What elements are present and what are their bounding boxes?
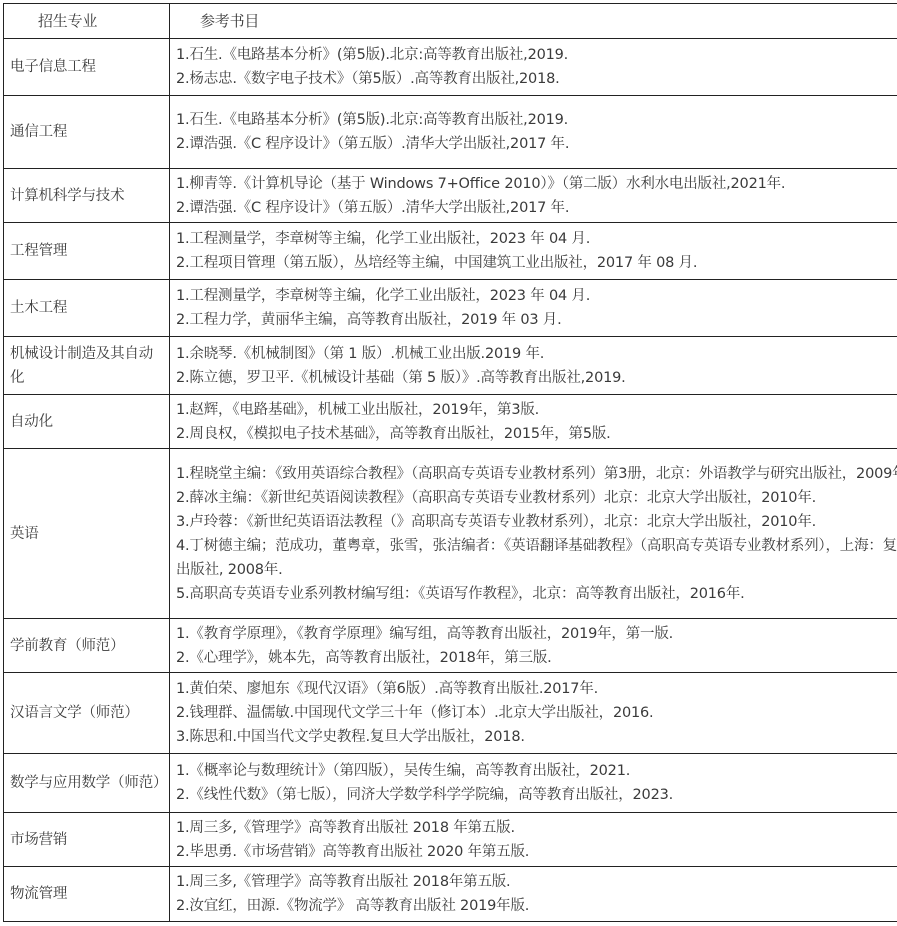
books-cell: 1.工程测量学，李章树等主编，化学工业出版社，2023 年 04 月.2.工程项… xyxy=(170,223,897,280)
header-books: 参考书目 xyxy=(170,4,897,39)
book-entry: 1.工程测量学，李章树等主编，化学工业出版社，2023 年 04 月. xyxy=(176,284,897,308)
major-cell: 英语 xyxy=(4,449,170,619)
book-entry: 2.谭浩强.《C 程序设计》（第五版）.清华大学出版社,2017 年. xyxy=(176,196,897,220)
major-cell: 机械设计制造及其自动化 xyxy=(4,337,170,395)
reference-books-table: 招生专业 参考书目 电子信息工程1.石生.《电路基本分析》(第5版).北京:高等… xyxy=(3,3,897,922)
book-entry: 5.高职高专英语专业系列教材编写组：《英语写作教程》，北京：高等教育出版社，20… xyxy=(176,582,897,606)
books-cell: 1.周三多,《管理学》高等教育出版社 2018 年第五版.2.毕思勇.《市场营销… xyxy=(170,813,897,867)
book-entry: 1.黄伯荣、廖旭东《现代汉语》（第6版）.高等教育出版社.2017年. xyxy=(176,677,897,701)
book-entry: 1.《概率论与数理统计》（第四版），吴传生编，高等教育出版社，2021. xyxy=(176,759,897,783)
major-cell: 市场营销 xyxy=(4,813,170,867)
books-cell: 1.赵辉，《电路基础》，机械工业出版社，2019年，第3版.2.周良权，《模拟电… xyxy=(170,395,897,449)
book-entry: 1.程晓堂主编：《致用英语综合教程》（高职高专英语专业教材系列）第3册，北京：外… xyxy=(176,462,897,486)
major-cell: 自动化 xyxy=(4,395,170,449)
table-row: 工程管理1.工程测量学，李章树等主编，化学工业出版社，2023 年 04 月.2… xyxy=(4,223,897,280)
major-cell: 计算机科学与技术 xyxy=(4,169,170,223)
book-entry: 2.《心理学》，姚本先，高等教育出版社，2018年，第三版. xyxy=(176,646,897,670)
major-cell: 数学与应用数学（师范） xyxy=(4,754,170,813)
book-entry: 2.杨志忠.《数字电子技术》（第5版）.高等教育出版社,2018. xyxy=(176,67,897,91)
major-cell: 学前教育（师范） xyxy=(4,619,170,673)
book-entry: 2.陈立德，罗卫平.《机械设计基础（第 5 版）》.高等教育出版社,2019. xyxy=(176,366,897,390)
book-entry: 1.赵辉，《电路基础》，机械工业出版社，2019年，第3版. xyxy=(176,398,897,422)
major-cell: 电子信息工程 xyxy=(4,39,170,96)
table-row: 土木工程1.工程测量学，李章树等主编，化学工业出版社，2023 年 04 月.2… xyxy=(4,280,897,337)
table-row: 学前教育（师范）1.《教育学原理》，《教育学原理》编写组，高等教育出版社，201… xyxy=(4,619,897,673)
book-entry: 2.工程力学，黄丽华主编，高等教育出版社，2019 年 03 月. xyxy=(176,308,897,332)
book-entry: 1.石生.《电路基本分析》(第5版).北京:高等教育出版社,2019. xyxy=(176,43,897,67)
book-entry: 1.《教育学原理》，《教育学原理》编写组，高等教育出版社，2019年，第一版. xyxy=(176,622,897,646)
books-cell: 1.《教育学原理》，《教育学原理》编写组，高等教育出版社，2019年，第一版.2… xyxy=(170,619,897,673)
books-cell: 1.工程测量学，李章树等主编，化学工业出版社，2023 年 04 月.2.工程力… xyxy=(170,280,897,337)
book-entry: 2.工程项目管理（第五版），丛培经等主编，中国建筑工业出版社，2017 年 08… xyxy=(176,251,897,275)
books-cell: 1.石生.《电路基本分析》(第5版).北京:高等教育出版社,2019.2.杨志忠… xyxy=(170,39,897,96)
book-entry: 1.工程测量学，李章树等主编，化学工业出版社，2023 年 04 月. xyxy=(176,227,897,251)
major-cell: 工程管理 xyxy=(4,223,170,280)
book-entry: 1.余晓琴.《机械制图》（第 1 版）.机械工业出版.2019 年. xyxy=(176,342,897,366)
table-row: 物流管理1.周三多,《管理学》高等教育出版社 2018年第五版.2.汝宜红，田源… xyxy=(4,867,897,922)
book-entry: 4.丁树德主编；范成功，董粤章，张雪，张洁编者：《英语翻译基础教程》（高职高专英… xyxy=(176,534,897,582)
book-entry: 3.陈思和.中国当代文学史教程.复旦大学出版社，2018. xyxy=(176,725,897,749)
book-entry: 2.钱理群、温儒敏.中国现代文学三十年（修订本）.北京大学出版社，2016. xyxy=(176,701,897,725)
book-entry: 2.毕思勇.《市场营销》高等教育出版社 2020 年第五版. xyxy=(176,840,897,864)
book-entry: 3.卢玲蓉：《新世纪英语语法教程（》高职高专英语专业教材系列），北京：北京大学出… xyxy=(176,510,897,534)
major-cell: 土木工程 xyxy=(4,280,170,337)
table-row: 英语1.程晓堂主编：《致用英语综合教程》（高职高专英语专业教材系列）第3册，北京… xyxy=(4,449,897,619)
table-row: 机械设计制造及其自动化1.余晓琴.《机械制图》（第 1 版）.机械工业出版.20… xyxy=(4,337,897,395)
books-cell: 1.黄伯荣、廖旭东《现代汉语》（第6版）.高等教育出版社.2017年.2.钱理群… xyxy=(170,673,897,754)
table-row: 汉语言文学（师范）1.黄伯荣、廖旭东《现代汉语》（第6版）.高等教育出版社.20… xyxy=(4,673,897,754)
book-entry: 2.薛冰主编：《新世纪英语阅读教程》（高职高专英语专业教材系列）北京：北京大学出… xyxy=(176,486,897,510)
table-row: 市场营销1.周三多,《管理学》高等教育出版社 2018 年第五版.2.毕思勇.《… xyxy=(4,813,897,867)
major-cell: 汉语言文学（师范） xyxy=(4,673,170,754)
book-entry: 2.《线性代数》（第七版），同济大学数学科学学院编，高等教育出版社，2023. xyxy=(176,783,897,807)
major-cell: 物流管理 xyxy=(4,867,170,922)
book-entry: 1.周三多,《管理学》高等教育出版社 2018年第五版. xyxy=(176,870,897,894)
table-row: 自动化1.赵辉，《电路基础》，机械工业出版社，2019年，第3版.2.周良权，《… xyxy=(4,395,897,449)
book-entry: 2.周良权，《模拟电子技术基础》，高等教育出版社，2015年，第5版. xyxy=(176,422,897,446)
book-entry: 1.柳青等.《计算机导论（基于 Windows 7+Office 2010）》（… xyxy=(176,172,897,196)
table-row: 数学与应用数学（师范）1.《概率论与数理统计》（第四版），吴传生编，高等教育出版… xyxy=(4,754,897,813)
book-entry: 1.石生.《电路基本分析》(第5版).北京:高等教育出版社,2019. xyxy=(176,108,897,132)
header-major: 招生专业 xyxy=(4,4,170,39)
book-entry: 1.周三多,《管理学》高等教育出版社 2018 年第五版. xyxy=(176,816,897,840)
books-cell: 1.柳青等.《计算机导论（基于 Windows 7+Office 2010）》（… xyxy=(170,169,897,223)
table-row: 通信工程1.石生.《电路基本分析》(第5版).北京:高等教育出版社,2019.2… xyxy=(4,96,897,169)
books-cell: 1.石生.《电路基本分析》(第5版).北京:高等教育出版社,2019.2.谭浩强… xyxy=(170,96,897,169)
book-entry: 2.汝宜红，田源.《物流学》 高等教育出版社 2019年版. xyxy=(176,894,897,918)
books-cell: 1.周三多,《管理学》高等教育出版社 2018年第五版.2.汝宜红，田源.《物流… xyxy=(170,867,897,922)
book-entry: 2.谭浩强.《C 程序设计》（第五版）.清华大学出版社,2017 年. xyxy=(176,132,897,156)
table-row: 电子信息工程1.石生.《电路基本分析》(第5版).北京:高等教育出版社,2019… xyxy=(4,39,897,96)
books-cell: 1.《概率论与数理统计》（第四版），吴传生编，高等教育出版社，2021.2.《线… xyxy=(170,754,897,813)
table-row: 计算机科学与技术1.柳青等.《计算机导论（基于 Windows 7+Office… xyxy=(4,169,897,223)
books-cell: 1.余晓琴.《机械制图》（第 1 版）.机械工业出版.2019 年.2.陈立德，… xyxy=(170,337,897,395)
books-cell: 1.程晓堂主编：《致用英语综合教程》（高职高专英语专业教材系列）第3册，北京：外… xyxy=(170,449,897,619)
table-header-row: 招生专业 参考书目 xyxy=(4,4,897,39)
major-cell: 通信工程 xyxy=(4,96,170,169)
